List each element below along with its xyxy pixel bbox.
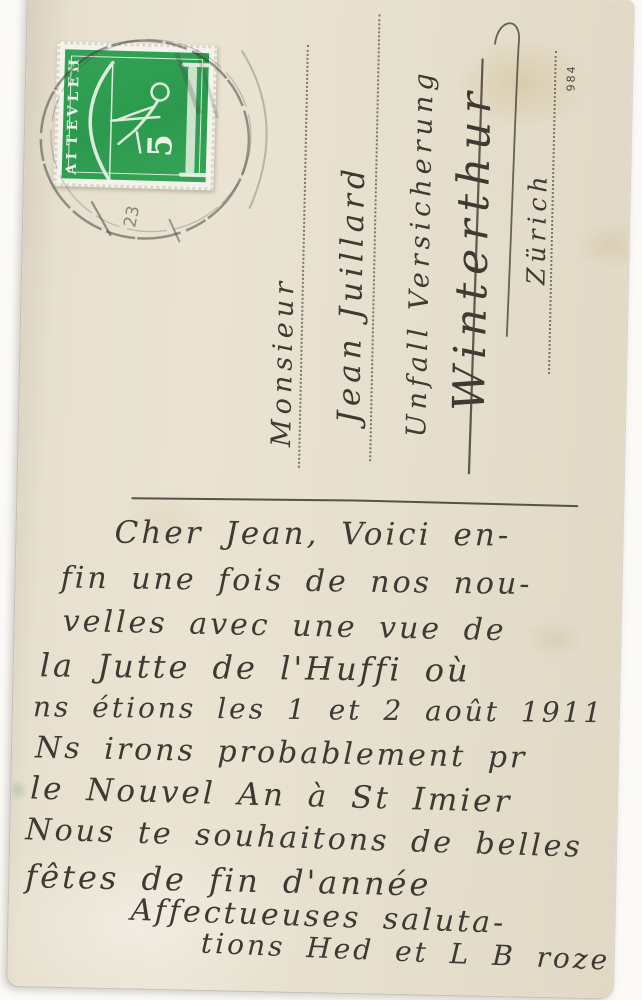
postmark-mark-backslash [169,219,180,242]
address-line-city: Winterthur [442,17,503,478]
helvetia-letter: V [67,100,79,116]
print-number: 984 [564,56,578,100]
address-line-name: Jean Juillard [329,94,373,495]
postcard-back: HELVETIA 5 984 Monsieur Jean Juillard Un… [7,0,634,998]
helvetia-letter: E [68,71,80,87]
message-line-1: Cher Jean, Voici en- [115,515,512,554]
address-line-monsieur: Monsieur [265,227,302,498]
address-dotted-line-2 [369,14,380,461]
helvetia-letter: L [68,86,80,102]
postmark-second-strike [238,50,268,209]
helvetia-letter: A [66,158,78,174]
tell-boy-crossbow-figure [61,49,215,188]
helvetia-letter: I [66,144,78,160]
helvetia-letter: H [69,56,81,72]
helvetia-letter: E [67,115,79,131]
message-line-3: velles avec une vue de [62,604,507,648]
address-line-canton: Zürich [520,128,553,329]
stamp-value: 5 [140,133,180,157]
postage-stamp: HELVETIA 5 [53,41,217,190]
message-line-4: la Jutte de l'Huffi où [40,646,471,689]
stamp-green-panel: HELVETIA 5 [62,49,210,182]
postcard-photo: HELVETIA 5 984 Monsieur Jean Juillard Un… [0,0,642,1000]
address-line-company: Unfall Versicherung [400,13,441,494]
helvetia-label: HELVETIA [64,58,83,172]
postmark-date: 23 [120,204,144,229]
postmark-mark-slash [91,201,112,235]
message-line-2: fin une fois de nos nou- [60,560,532,602]
message-line-6: Ns irons probablement pr [35,730,528,775]
message-line-7: le Nouvel An à St Imier [30,771,513,820]
message-line-8: Nous te souhaitons de belles [25,812,583,864]
helvetia-letter: T [66,129,78,145]
message-line-5: ns étions les 1 et 2 août 1911 [33,690,605,729]
divider-line [132,496,577,508]
